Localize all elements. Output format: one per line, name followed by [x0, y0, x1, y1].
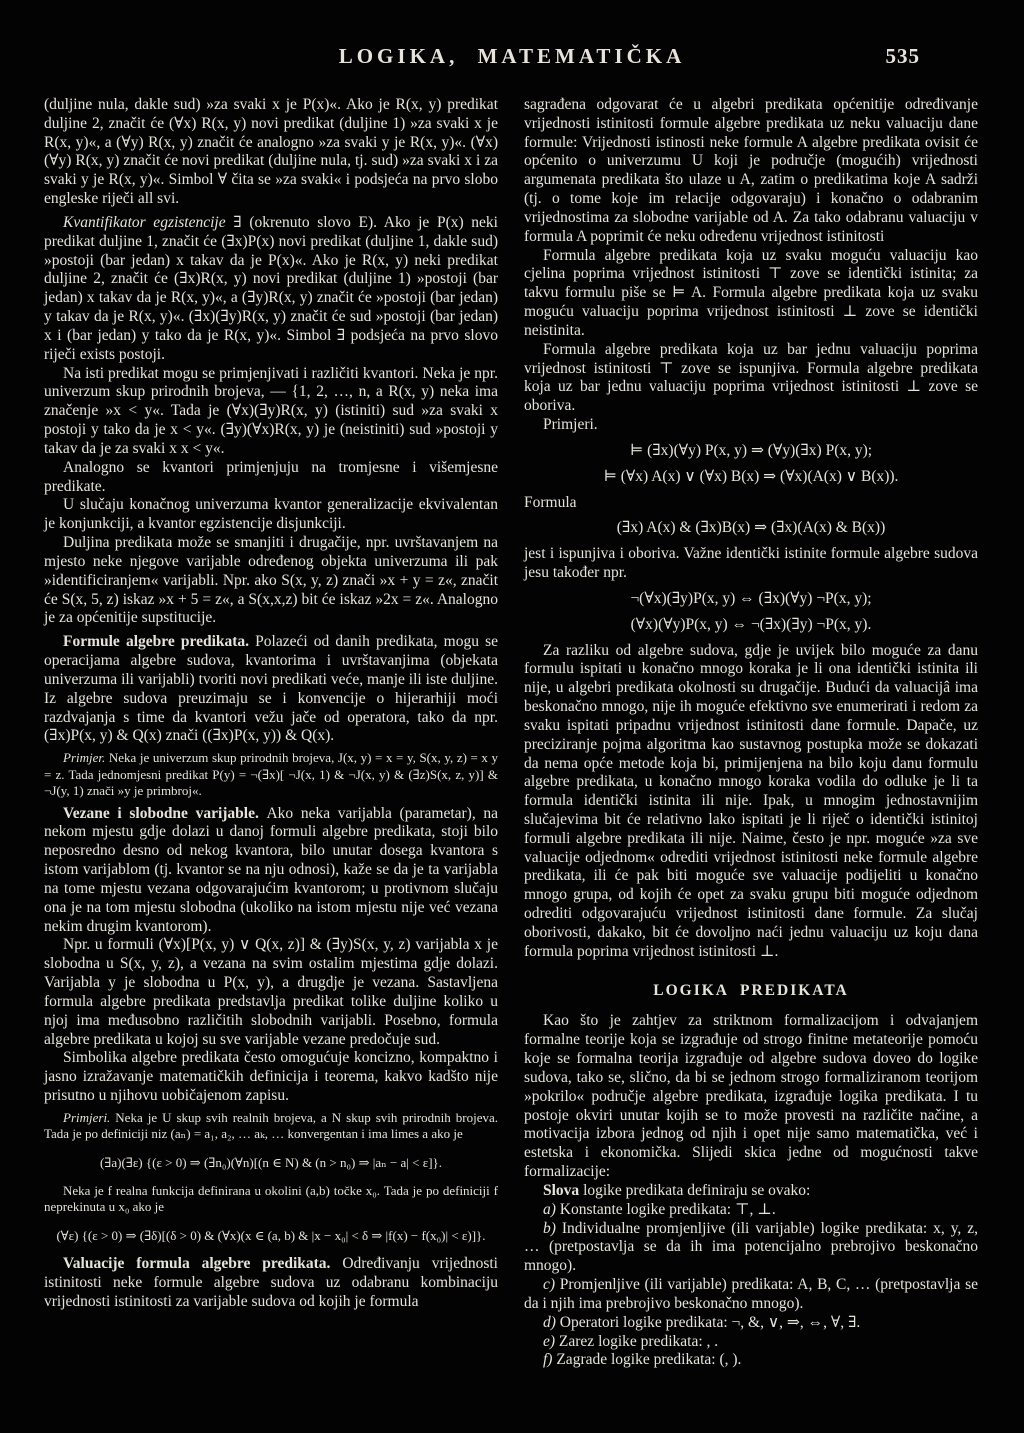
paragraph: sagrađena odgovarat će u algebri predika… — [524, 96, 978, 247]
paragraph-lead-italic: Kvantifikator egzistencije — [63, 214, 233, 231]
paragraph: Formula algebre predikata koja uz svaku … — [524, 247, 978, 341]
page-title: LOGIKA, MATEMATIČKA — [339, 44, 686, 69]
page-header: LOGIKA, MATEMATIČKA 535 — [0, 0, 1024, 69]
paragraph-lead-italic: e) — [543, 1333, 559, 1350]
paragraph-lead-italic: c) — [543, 1276, 560, 1293]
paragraph: Kao što je zahtjev za striktnom formaliz… — [524, 1012, 978, 1181]
paragraph-lead-italic: Primjer. — [63, 750, 109, 765]
paragraph-lead-italic: f) — [543, 1351, 556, 1368]
paragraph: Primjeri. — [524, 416, 978, 435]
formula-line: (∃x) A(x) & (∃x)B(x) ⇒ (∃x)(A(x) & B(x)) — [524, 519, 978, 538]
paragraph: a) Konstante logike predikata: ⊤, ⊥. — [524, 1201, 978, 1220]
paragraph: c) Promjenljive (ili varijable) predikat… — [524, 1276, 978, 1314]
paragraph-lead-italic: d) — [543, 1314, 560, 1331]
formula-line: (∃a)(∃ε) {(ε > 0) ⇒ (∃n₀)(∀n)[(n ∈ N) & … — [44, 1155, 498, 1171]
formula-line: ⊨ (∀x) A(x) ∨ (∀x) B(x) ⇒ (∀x)(A(x) ∨ B(… — [524, 468, 978, 487]
two-column-layout: (duljine nula, dakle sud) »za svaki x je… — [0, 69, 1024, 1370]
paragraph: Primjeri. Neka je U skup svih realnih br… — [44, 1110, 498, 1143]
column-right: sagrađena odgovarat će u algebri predika… — [524, 96, 978, 1370]
formula-line: ¬(∀x)(∃y)P(x, y) ⇔ (∃x)(∀y) ¬P(x, y); — [524, 590, 978, 609]
paragraph-lead-bold: Vezane i slobodne varijable. — [63, 805, 266, 822]
paragraph: Formula algebre predikata koja uz bar je… — [524, 341, 978, 416]
paragraph-lead-italic: b) — [543, 1220, 562, 1237]
page-number: 535 — [886, 44, 921, 69]
paragraph: (duljine nula, dakle sud) »za svaki x je… — [44, 96, 498, 209]
paragraph: f) Zagrade logike predikata: (, ). — [524, 1351, 978, 1370]
formula-line: (∀ε) {(ε > 0) ⇒ (∃δ)[(δ > 0) & (∀x)(x ∈ … — [44, 1228, 498, 1244]
paragraph: Na isti predikat mogu se primjenjivati i… — [44, 365, 498, 459]
paragraph-lead-bold: Formule algebre predikata. — [63, 633, 255, 650]
paragraph-lead-italic: a) — [543, 1201, 560, 1218]
paragraph: Duljina predikata može se smanjiti i dru… — [44, 534, 498, 628]
paragraph: U slučaju konačnog univerzuma kvantor ge… — [44, 496, 498, 534]
paragraph: Formula — [524, 494, 978, 513]
paragraph: Valuacije formula algebre predikata. Odr… — [44, 1255, 498, 1311]
paragraph: Npr. u formuli (∀x)[P(x, y) ∨ Q(x, z)] &… — [44, 936, 498, 1049]
paragraph: Neka je f realna funkcija definirana u o… — [44, 1183, 498, 1216]
paragraph-lead-bold: Valuacije formula algebre predikata. — [63, 1255, 342, 1272]
paragraph: Vezane i slobodne varijable. Ako neka va… — [44, 805, 498, 937]
formula-line: ⊨ (∃x)(∀y) P(x, y) ⇒ (∀y)(∃x) P(x, y); — [524, 442, 978, 461]
paragraph: Analogno se kvantori primjenjuju na trom… — [44, 459, 498, 497]
paragraph: e) Zarez logike predikata: , . — [524, 1333, 978, 1352]
paragraph-lead-italic: Primjeri. — [63, 1110, 115, 1125]
formula-line: (∀x)(∀y)P(x, y) ⇔ ¬(∃x)(∃y) ¬P(x, y). — [524, 616, 978, 635]
paragraph: Slova logike predikata definiraju se ova… — [524, 1182, 978, 1201]
paragraph: Kvantifikator egzistencije ∃ (okrenuto s… — [44, 214, 498, 365]
paragraph: b) Individualne promjenljive (ili varija… — [524, 1220, 978, 1276]
paragraph: d) Operatori logike predikata: ¬, &, ∨, … — [524, 1314, 978, 1333]
paragraph: Simbolika algebre predikata često omoguć… — [44, 1049, 498, 1105]
paragraph: Formule algebre predikata. Polazeći od d… — [44, 633, 498, 746]
scanned-page: LOGIKA, MATEMATIČKA 535 (duljine nula, d… — [0, 0, 1024, 1433]
paragraph: Za razliku od algebre sudova, gdje je uv… — [524, 642, 978, 962]
paragraph: jest i ispunjiva i oboriva. Važne identi… — [524, 545, 978, 583]
paragraph-lead-bold: Slova — [543, 1182, 583, 1199]
column-left: (duljine nula, dakle sud) »za svaki x je… — [44, 96, 498, 1370]
paragraph: Primjer. Neka je univerzum skup prirodni… — [44, 750, 498, 800]
section-heading: LOGIKA PREDIKATA — [524, 982, 978, 1001]
